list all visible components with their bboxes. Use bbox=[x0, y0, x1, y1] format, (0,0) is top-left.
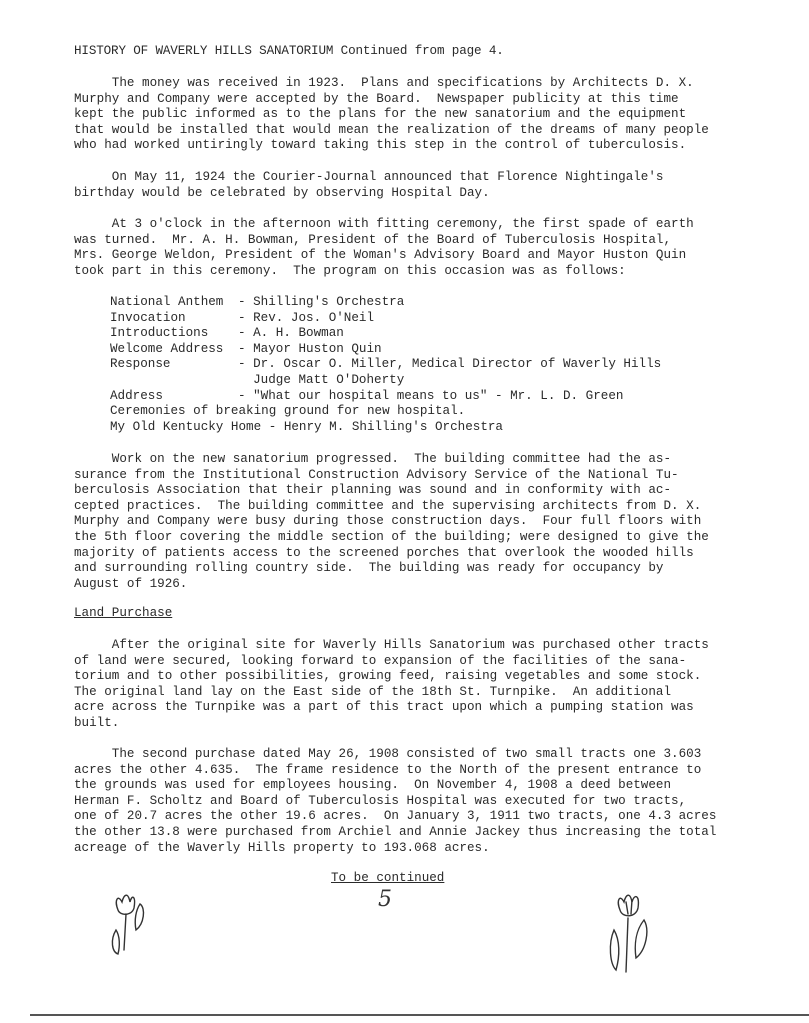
text-line: of land were secured, looking forward to… bbox=[74, 654, 736, 670]
text-line: majority of patients access to the scree… bbox=[74, 546, 736, 562]
text-line: acreage of the Waverly Hills property to… bbox=[74, 841, 736, 857]
program-extra: My Old Kentucky Home - Henry M. Shilling… bbox=[110, 420, 661, 436]
program-row: Invocation- Rev. Jos. O'Neil bbox=[110, 311, 661, 327]
text-line: acre across the Turnpike was a part of t… bbox=[74, 700, 736, 716]
paragraph-construction: Work on the new sanatorium progressed. T… bbox=[74, 452, 736, 592]
paragraph-second-purchase: The second purchase dated May 26, 1908 c… bbox=[74, 747, 736, 856]
text-line: acres the other 4.635. The frame residen… bbox=[74, 763, 736, 779]
text-line: the 5th floor covering the middle sectio… bbox=[74, 530, 736, 546]
ceremony-program: National Anthem- Shilling's Orchestra In… bbox=[110, 295, 661, 435]
program-detail: - "What our hospital means to us" - Mr. … bbox=[238, 389, 623, 405]
text-line: birthday would be celebrated by observin… bbox=[74, 186, 736, 202]
program-row: Introductions- A. H. Bowman bbox=[110, 326, 661, 342]
tulip-drawing-right-icon bbox=[598, 890, 658, 980]
program-detail: Judge Matt O'Doherty bbox=[238, 373, 404, 389]
text-line: the other 13.8 were purchased from Archi… bbox=[74, 825, 736, 841]
text-line: Murphy and Company were accepted by the … bbox=[74, 92, 736, 108]
text-line: After the original site for Waverly Hill… bbox=[74, 638, 736, 654]
text-line: and surrounding rolling country side. Th… bbox=[74, 561, 736, 577]
text-line: who had worked untiringly toward taking … bbox=[74, 138, 736, 154]
text-line: Mrs. George Weldon, President of the Wom… bbox=[74, 248, 736, 264]
document-page: HISTORY OF WAVERLY HILLS SANATORIUM Cont… bbox=[0, 0, 809, 1023]
program-row: National Anthem- Shilling's Orchestra bbox=[110, 295, 661, 311]
text-line: At 3 o'clock in the afternoon with fitti… bbox=[74, 217, 736, 233]
program-item: Welcome Address bbox=[110, 342, 238, 358]
text-line: The original land lay on the East side o… bbox=[74, 685, 736, 701]
text-line: kept the public informed as to the plans… bbox=[74, 107, 736, 123]
program-detail: - A. H. Bowman bbox=[238, 326, 344, 342]
text-line: was turned. Mr. A. H. Bowman, President … bbox=[74, 233, 736, 249]
paragraph-hospital-day: On May 11, 1924 the Courier-Journal anno… bbox=[74, 170, 736, 201]
program-detail: - Shilling's Orchestra bbox=[238, 295, 404, 311]
program-item: National Anthem bbox=[110, 295, 238, 311]
text-line: torium and to other possibilities, growi… bbox=[74, 669, 736, 685]
program-row: Response- Dr. Oscar O. Miller, Medical D… bbox=[110, 357, 661, 373]
text-line: that would be installed that would mean … bbox=[74, 123, 736, 139]
program-item: Introductions bbox=[110, 326, 238, 342]
page-number: 5 bbox=[378, 892, 392, 908]
bottom-rule bbox=[30, 1014, 809, 1016]
program-row: Judge Matt O'Doherty bbox=[110, 373, 661, 389]
text-line: took part in this ceremony. The program … bbox=[74, 264, 736, 280]
tulip-drawing-left-icon bbox=[106, 890, 166, 960]
text-line: Work on the new sanatorium progressed. T… bbox=[74, 452, 736, 468]
program-row: Address- "What our hospital means to us"… bbox=[110, 389, 661, 405]
section-heading-land-purchase: Land Purchase bbox=[74, 606, 172, 622]
text-line: berculosis Association that their planni… bbox=[74, 483, 736, 499]
text-line: August of 1926. bbox=[74, 577, 736, 593]
program-detail: - Dr. Oscar O. Miller, Medical Director … bbox=[238, 357, 661, 373]
program-detail: - Mayor Huston Quin bbox=[238, 342, 382, 358]
text-line: Herman F. Scholtz and Board of Tuberculo… bbox=[74, 794, 736, 810]
paragraph-funding: The money was received in 1923. Plans an… bbox=[74, 76, 736, 154]
program-row: Welcome Address- Mayor Huston Quin bbox=[110, 342, 661, 358]
program-item bbox=[110, 373, 238, 389]
document-title: HISTORY OF WAVERLY HILLS SANATORIUM Cont… bbox=[74, 44, 504, 60]
program-item: Response bbox=[110, 357, 238, 373]
program-item: Invocation bbox=[110, 311, 238, 327]
paragraph-ceremony: At 3 o'clock in the afternoon with fitti… bbox=[74, 217, 736, 279]
text-line: one of 20.7 acres the other 19.6 acres. … bbox=[74, 809, 736, 825]
text-line: built. bbox=[74, 716, 736, 732]
text-line: On May 11, 1924 the Courier-Journal anno… bbox=[74, 170, 736, 186]
program-extra: Ceremonies of breaking ground for new ho… bbox=[110, 404, 661, 420]
text-line: The money was received in 1923. Plans an… bbox=[74, 76, 736, 92]
paragraph-land-purchase: After the original site for Waverly Hill… bbox=[74, 638, 736, 732]
text-line: surance from the Institutional Construct… bbox=[74, 468, 736, 484]
text-line: Murphy and Company were busy during thos… bbox=[74, 514, 736, 530]
text-line: The second purchase dated May 26, 1908 c… bbox=[74, 747, 736, 763]
text-line: cepted practices. The building committee… bbox=[74, 499, 736, 515]
program-item: Address bbox=[110, 389, 238, 405]
program-detail: - Rev. Jos. O'Neil bbox=[238, 311, 374, 327]
to-be-continued: To be continued bbox=[331, 871, 444, 887]
text-line: the grounds was used for employees housi… bbox=[74, 778, 736, 794]
